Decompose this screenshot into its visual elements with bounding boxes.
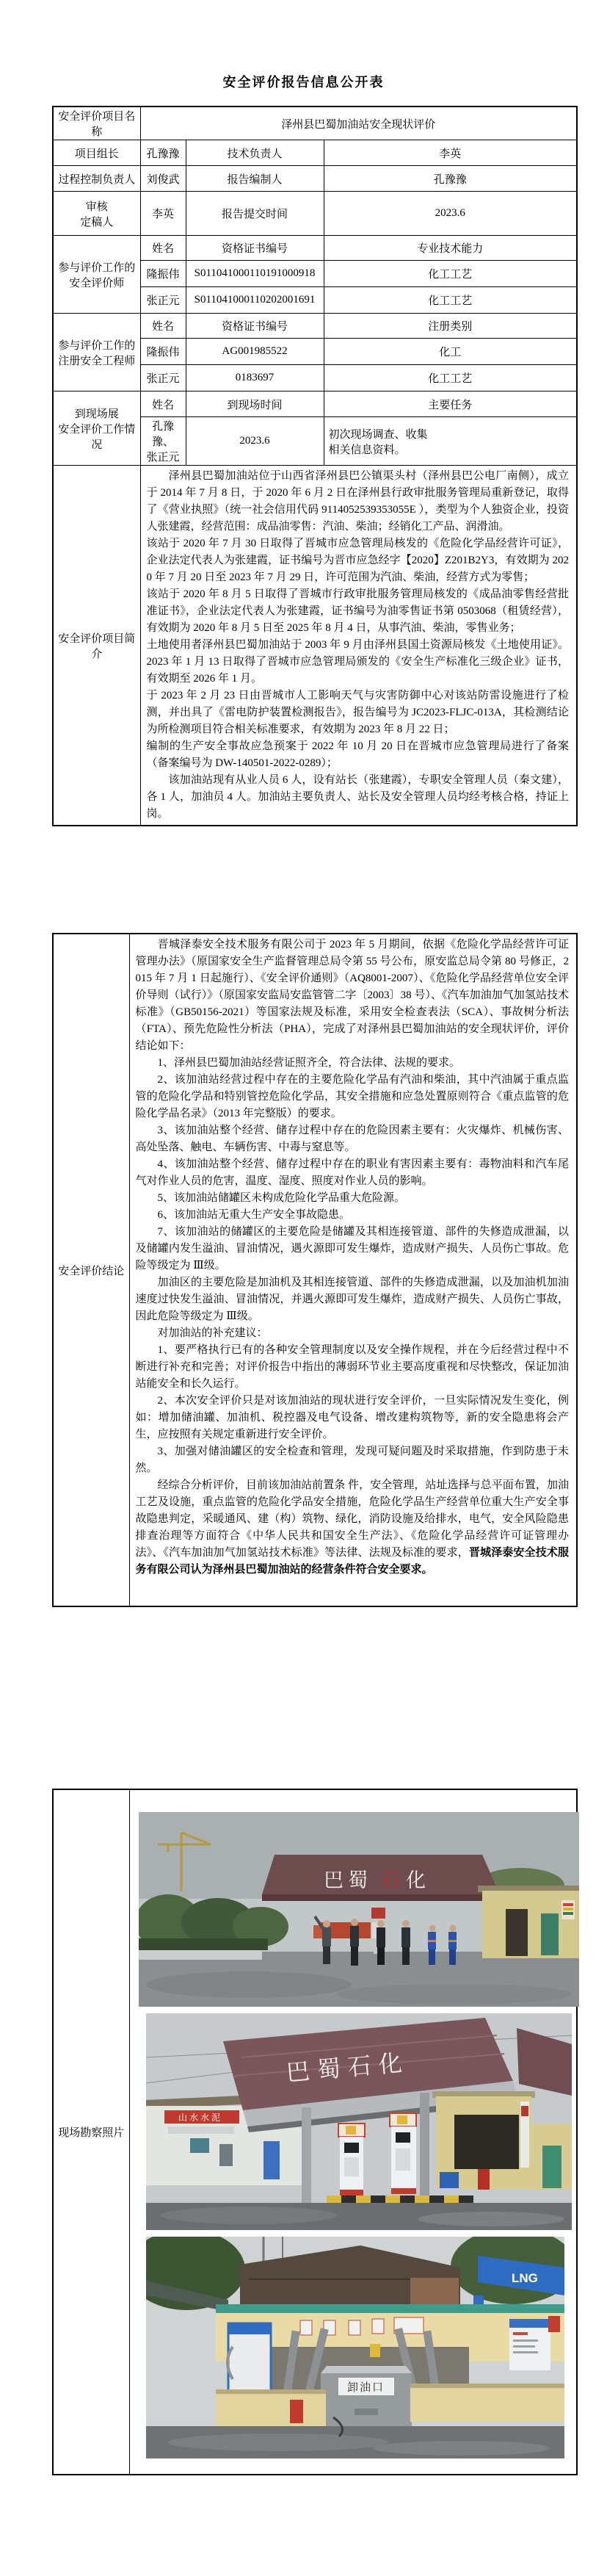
col-header-time: 到现场时间 <box>186 392 324 417</box>
table-row: 参与评价工作的 安全评价师 姓名 资格证书编号 专业技术能力 <box>53 236 577 261</box>
conclusion-content: 晋城泽泰安全技术服务有限公司于 2023 年 5 月期间，依据《危险化学品经营许… <box>129 934 577 1606</box>
unloading-box-label: 卸油口 <box>347 2381 385 2394</box>
conclusion-paragraph: 晋城泽泰安全技术服务有限公司于 2023 年 5 月期间，依据《危险化学品经营许… <box>136 937 570 1055</box>
leader-value: 孔豫豫 <box>140 140 186 166</box>
conclusion-paragraph: 1、泽州县巴蜀加油站经营证照齐全，符合法律、法规的要求。 <box>136 1055 570 1072</box>
conclusion-paragraph: 5、该加油站储罐区未构成危险化学品重大危险源。 <box>136 1190 570 1207</box>
table-row: 过程控制负责人 刘俊武 报告编制人 孔豫豫 <box>53 166 577 192</box>
process-value: 刘俊武 <box>140 166 186 192</box>
canopy-sign-tail: 化 <box>406 1869 426 1891</box>
intro-content: 泽州县巴蜀加油站位于山西省泽州县巴公镇渠头村（泽州县巴公电厂南侧），成立于 20… <box>140 466 577 826</box>
evaluator-cert: S011041000110191000918 <box>186 261 324 287</box>
col-header-name: 姓名 <box>140 392 186 417</box>
fire-extinguisher-icon <box>478 2169 490 2190</box>
conclusion-paragraph: 6、该加油站无重大生产安全事故隐患。 <box>136 1207 570 1224</box>
table-row: 参与评价工作的 注册安全工程师 姓名 资格证书编号 注册类别 <box>53 314 577 339</box>
engineer-name: 张正元 <box>140 365 186 392</box>
col-header-task: 主要任务 <box>324 392 577 417</box>
evaluator-name: 隆振伟 <box>140 261 186 287</box>
conclusion-paragraph: 2、本次安全评价只是对该加油站的现状进行安全评价，一旦实际情况发生变化，例如：增… <box>136 1393 570 1443</box>
intro-paragraph: 泽州县巴蜀加油站位于山西省泽州县巴公镇渠头村（泽州县巴公电厂南侧），成立于 20… <box>147 468 570 535</box>
submit-value: 2023.6 <box>324 192 577 236</box>
visit-names: 孔豫豫、 张正元 <box>140 417 186 466</box>
col-header-name: 姓名 <box>140 236 186 261</box>
report-document: 安全评价报告信息公开表 安全评价项目名称 泽州县巴蜀加油站安全现状评价 项目组长… <box>0 0 607 2576</box>
evaluator-cert: S011041000110202001691 <box>186 287 324 314</box>
table-row: 安全评价结论 晋城泽泰安全技术服务有限公司于 2023 年 5 月期间，依据《危… <box>53 934 577 1606</box>
col-header-cert: 资格证书编号 <box>186 314 324 339</box>
conclusion-paragraph: 3、加强对储油罐区的安全检查和管理，发现可疑问题及时采取措施，作到防患于未然。 <box>136 1443 570 1477</box>
compiler-value: 孔豫豫 <box>324 166 577 192</box>
engineer-cert: AG001985522 <box>186 339 324 365</box>
conclusion-paragraph: 1、要严格执行已有的各种安全管理制度以及安全操作规程，并在今后经营过程中不断进行… <box>136 1342 570 1393</box>
conclusion-paragraph: 4、该加油站整个经营、储存过程中存在的职业有害因素主要有：毒物油料和汽车尾气对作… <box>136 1156 570 1190</box>
engineer-category: 化工 <box>324 339 577 365</box>
canopy-sign-text: 巴蜀 <box>324 1869 372 1891</box>
review-value: 李英 <box>140 192 186 236</box>
conclusion-final-paragraph: 经综合分析评价，目前该加油站前置条 件，安全管理，站址选择与总平面布置，加油工艺… <box>136 1477 570 1579</box>
intro-label: 安全评价项目简介 <box>53 466 140 826</box>
engineers-group-label: 参与评价工作的 注册安全工程师 <box>53 314 140 392</box>
lng-sign-text: LNG <box>512 2271 538 2285</box>
intro-paragraph: 编制的生产安全事故应急预案于 2022 年 10 月 20 日在晋城市应急管理局… <box>147 738 570 772</box>
photo-unloading-area: LNG <box>146 2237 564 2458</box>
conclusion-paragraph: 对加油站的补充建议： <box>136 1325 570 1342</box>
evaluators-group-label: 参与评价工作的 安全评价师 <box>53 236 140 314</box>
site-visit-group-label: 到现场展 安全评价工作情况 <box>53 392 140 466</box>
page-title: 安全评价报告信息公开表 <box>0 72 607 91</box>
conclusion-label: 安全评价结论 <box>53 934 129 1606</box>
tech-label: 技术负责人 <box>186 140 324 166</box>
leader-label: 项目组长 <box>53 140 140 166</box>
island-hazard-strip <box>327 2196 473 2203</box>
project-name-value: 泽州县巴蜀加油站安全现状评价 <box>140 107 577 140</box>
engineer-name: 隆振伟 <box>140 339 186 365</box>
intro-paragraph: 该站于 2020 年 8 月 5 日取得了晋城市行政审批服务管理局核发的《成品油… <box>147 586 570 637</box>
photo-gas-station-front: 巴蜀 石 化 <box>139 1812 579 2007</box>
canopy-sign-stone: 石 <box>381 1869 401 1891</box>
table-row: 项目组长 孔豫豫 技术负责人 李英 <box>53 140 577 166</box>
col-header-cert: 资格证书编号 <box>186 236 324 261</box>
evaluator-skill: 化工工艺 <box>324 261 577 287</box>
cement-banner-text: 山水水泥 <box>178 2112 222 2123</box>
compiler-label: 报告编制人 <box>186 166 324 192</box>
project-name-label: 安全评价项目名称 <box>53 107 140 140</box>
evaluator-name: 张正元 <box>140 287 186 314</box>
conclusion-paragraph: 2、该加油站经营过程中存在的主要危险化学品有汽油和柴油，其中汽油属于重点监管的危… <box>136 1072 570 1122</box>
intro-paragraph: 该加油站现有从业人员 6 人，设有站长（张建霞），专职安全管理人员（秦文建），各… <box>147 772 570 823</box>
review-label: 审核 定稿人 <box>53 192 140 236</box>
oil-unloading-box: 卸油口 <box>321 2366 412 2436</box>
intro-paragraph: 于 2023 年 2 月 23 日由晋城市人工影响天气与灾害防御中心对该站防雷设… <box>147 688 570 738</box>
engineer-category: 化工工艺 <box>324 365 577 392</box>
table-row: 现场勘察照片 <box>53 1789 577 2475</box>
table-row: 到现场展 安全评价工作情况 姓名 到现场时间 主要任务 <box>53 392 577 417</box>
table-row: 安全评价项目简介 泽州县巴蜀加油站位于山西省泽州县巴公镇渠头村（泽州县巴公电厂南… <box>53 466 577 826</box>
photos-content: 巴蜀 石 化 <box>129 1789 577 2475</box>
engineer-cert: 0183697 <box>186 365 324 392</box>
photo-fuel-dispensers: 山水水泥 巴蜀石化 <box>146 2013 572 2230</box>
intro-paragraph: 土地使用者泽州县巴蜀加油站于 2003 年 9 月由泽州县国土资源局核发《土地使… <box>147 637 570 688</box>
tech-value: 李英 <box>324 140 577 166</box>
table-row: 审核 定稿人 李英 报告提交时间 2023.6 <box>53 192 577 236</box>
canopy: 巴蜀 石 化 <box>262 1855 500 1901</box>
fuel-dispenser <box>390 2113 416 2194</box>
visit-task: 初次现场调查、收集 相关信息资料。 <box>324 417 577 466</box>
submit-label: 报告提交时间 <box>186 192 324 236</box>
visit-time: 2023.6 <box>186 417 324 466</box>
col-header-category: 注册类别 <box>324 314 577 339</box>
table-row: 安全评价项目名称 泽州县巴蜀加油站安全现状评价 <box>53 107 577 140</box>
conclusion-paragraph: 7、该加油站的储罐区的主要危险是储罐及其相连接管道、部件的失修造成泄漏，以及储罐… <box>136 1224 570 1274</box>
site-photos-table: 现场勘察照片 <box>52 1789 578 2475</box>
fire-extinguisher-icon <box>290 2400 303 2423</box>
report-info-table: 安全评价项目名称 泽州县巴蜀加油站安全现状评价 项目组长 孔豫豫 技术负责人 李… <box>52 106 578 826</box>
conclusion-paragraph: 加油区的主要危险是加油机及其相连接管道、部件的失修造成泄漏，以及加油机加油速度过… <box>136 1274 570 1325</box>
station-building <box>478 1886 579 1958</box>
evaluator-skill: 化工工艺 <box>324 287 577 314</box>
col-header-skill: 专业技术能力 <box>324 236 577 261</box>
col-header-name: 姓名 <box>140 314 186 339</box>
process-label: 过程控制负责人 <box>53 166 140 192</box>
conclusion-table: 安全评价结论 晋城泽泰安全技术服务有限公司于 2023 年 5 月期间，依据《危… <box>52 933 578 1607</box>
fuel-dispenser <box>338 2124 365 2196</box>
conclusion-paragraph: 3、该加油站整个经营、储存过程中存在的危险因素主要有：火灾爆炸、机械伤害、高处坠… <box>136 1122 570 1156</box>
photos-label: 现场勘察照片 <box>53 1789 129 2475</box>
intro-paragraph: 该站于 2020 年 7 月 30 日取得了晋城市应急管理局核发的《危险化学品经… <box>147 535 570 586</box>
